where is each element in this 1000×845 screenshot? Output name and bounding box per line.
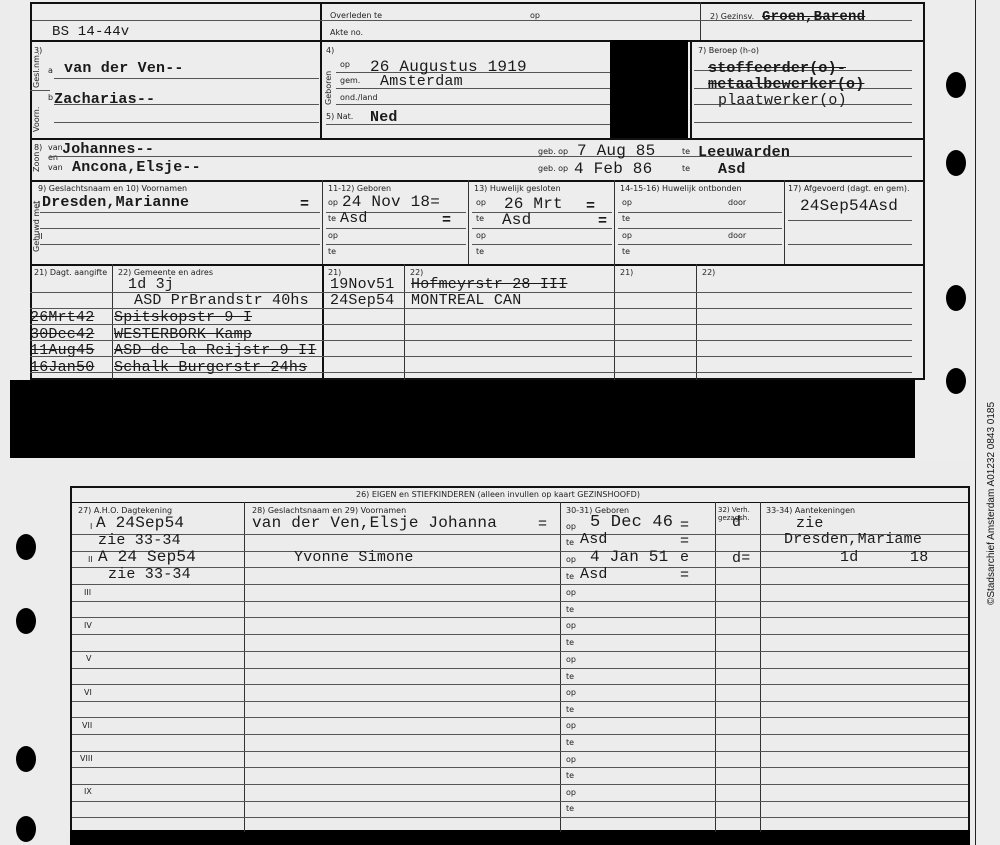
beroep-line-2: metaalbewerker(o) <box>708 76 864 93</box>
father-name: Johannes-- <box>62 141 154 158</box>
op-label: op <box>622 198 632 207</box>
punch-hole <box>946 150 966 176</box>
punch-hole <box>946 368 966 394</box>
child-name: van der Ven,Elsje Johanna <box>252 514 497 532</box>
te-label: te <box>622 214 630 223</box>
op-label: op <box>566 588 576 597</box>
child-place-eq: = <box>680 567 689 584</box>
afgevoerd-header: 17) Afgevoerd (dagt. en gem). <box>788 184 910 193</box>
birth-place-value: Amsterdam <box>380 73 463 90</box>
address-entry: Schalk Burgerstr 24hs <box>114 359 307 376</box>
op-label: op <box>566 655 576 664</box>
overleden-op-label: op <box>530 11 540 20</box>
op-label: op <box>328 231 338 240</box>
address-date: 11Aug45 <box>30 342 94 359</box>
note-line: 18 <box>910 549 928 566</box>
punch-hole <box>16 746 36 772</box>
note-line: Dresden,Mariame <box>784 531 922 548</box>
address-entry: MONTREAL CAN <box>411 292 521 309</box>
gem-label: gem. <box>340 76 360 85</box>
te-label: te <box>328 214 336 223</box>
te-label: te <box>622 247 630 256</box>
spouse-born-place: Asd <box>340 210 368 227</box>
te-label: te <box>476 247 484 256</box>
gezinsv-value: Groen,Barend <box>762 9 865 25</box>
child-born-date: 5 Dec 46 <box>590 513 673 532</box>
address-entry: Hofmeyrstr 28 III <box>411 276 567 293</box>
copyright-notice: ©Stadsarchief Amsterdam A01232 0843 0185 <box>986 402 997 605</box>
spouse-born-date: 24 Nov 18= <box>342 193 440 211</box>
child-aho-note: zie 33-34 <box>98 532 181 549</box>
child-aho-date: A 24Sep54 <box>96 514 184 532</box>
redaction-block <box>610 40 688 138</box>
note-line: zie <box>796 515 824 532</box>
child-born-place: Asd <box>580 566 608 583</box>
b-label: b <box>48 93 53 102</box>
op-label: op <box>476 231 486 240</box>
mother-name: Ancona,Elsje-- <box>72 159 201 176</box>
married-eq: = <box>586 198 595 215</box>
married-eq: = <box>598 213 607 230</box>
van-label-1: van <box>48 143 63 152</box>
te-label: te <box>566 572 574 581</box>
en-label: en <box>48 153 58 162</box>
te-label: te <box>566 538 574 547</box>
address-date: 24Sep54 <box>330 292 394 309</box>
op-label: op <box>340 60 350 69</box>
beroep-label: 7) Beroep (h-o) <box>698 46 759 55</box>
van-label-2: van <box>48 163 63 172</box>
spouse-i-label: I <box>38 200 40 209</box>
row-num-v: V <box>86 654 91 663</box>
nationality-value: Ned <box>370 109 398 126</box>
child-verh: d= <box>732 550 750 567</box>
geb-op-label-2: geb. op <box>538 164 568 173</box>
address-entry: Spitskopstr 9 I <box>114 309 252 326</box>
married-place: Asd <box>502 211 531 229</box>
op-label: op <box>566 688 576 697</box>
op-label: op <box>566 555 576 564</box>
op-label: op <box>476 198 486 207</box>
te-label: te <box>566 771 574 780</box>
mother-place: Asd <box>718 161 746 178</box>
notes-header: 33-34) Aantekeningen <box>766 506 855 515</box>
punch-hole <box>946 72 966 98</box>
akte-label: Akte no. <box>330 28 363 37</box>
addr-header-3: 22) <box>702 268 715 277</box>
op-label: op <box>566 721 576 730</box>
child-aho-date: A 24 Sep54 <box>98 548 196 566</box>
address-entry: 1d 3j <box>128 276 174 293</box>
note-line: 1d <box>840 549 858 566</box>
father-born: 7 Aug 85 <box>577 142 655 160</box>
door-label: door <box>728 198 746 207</box>
address-entry: ASD de la Reijstr 9 II <box>114 342 316 359</box>
op-label: op <box>566 755 576 764</box>
card-reference: BS 14-44v <box>52 24 129 40</box>
geb-op-label-1: geb. op <box>538 147 568 156</box>
voorn-label: Voorn. <box>32 107 41 132</box>
te-label: te <box>328 247 336 256</box>
father-place: Leeuwarden <box>698 144 790 161</box>
child-aho-note: zie 33-34 <box>108 566 191 583</box>
beroep-line-3: plaatwerker(o) <box>718 92 847 109</box>
afgevoerd-value: 24Sep54Asd <box>800 197 898 215</box>
surname-value: van der Ven-- <box>64 60 184 77</box>
top-card: BS 14-44v Overleden te op Akte no. 2) Ge… <box>10 0 975 460</box>
child-place-eq: = <box>680 533 689 550</box>
married-header: 13) Huwelijk gesloten <box>474 184 561 193</box>
child-born-eq: = <box>680 517 689 534</box>
te-label-1: te <box>682 147 690 156</box>
child-verh: d <box>732 514 741 531</box>
punch-hole <box>16 816 36 842</box>
address-date: 30Dec42 <box>30 326 94 343</box>
child-name-eq: = <box>538 516 547 533</box>
a-label: a <box>48 66 53 75</box>
geboren-label: Geboren <box>324 71 333 105</box>
te-label: te <box>566 705 574 714</box>
row-num-iv: IV <box>84 621 92 630</box>
nat-label: 5) Nat. <box>326 112 353 121</box>
address-entry: ASD PrBrandstr 40hs <box>134 292 309 309</box>
address-entry: WESTERBORK Kamp <box>114 326 252 343</box>
row-num-ix: IX <box>84 787 92 796</box>
overleden-te-label: Overleden te <box>330 11 382 20</box>
op-label: op <box>566 621 576 630</box>
spouse-eq: = <box>300 196 309 213</box>
child-born-date: 4 Jan 51 <box>590 548 668 566</box>
address-date: 26Mrt42 <box>30 309 94 326</box>
beroep-line-1: stoffeerder(o)- <box>708 60 846 77</box>
child-born-place: Asd <box>580 531 608 548</box>
te-label: te <box>566 738 574 747</box>
spouse-born-header: 11-12) Geboren <box>328 184 391 193</box>
punch-hole <box>16 534 36 560</box>
row-num-viii: VIII <box>80 754 93 763</box>
row-num-ii: II <box>88 555 93 564</box>
op-label: op <box>328 198 338 207</box>
address-date: 16Jan50 <box>30 359 94 376</box>
te-label: te <box>476 214 484 223</box>
gezinsv-label: 2) Gezinsv. <box>710 12 754 21</box>
te-label: te <box>566 638 574 647</box>
given-name-value: Zacharias-- <box>54 91 155 108</box>
row-num-vi: VI <box>84 688 92 697</box>
spouse-name: Dresden,Marianne <box>42 194 189 211</box>
te-label: te <box>566 605 574 614</box>
spouse-place-eq: = <box>442 212 451 229</box>
dissolved-header: 14-15-16) Huwelijk ontbonden <box>620 184 742 193</box>
spouse-name-header: 9) Geslachtsnaam en 10) Voornamen <box>38 184 187 193</box>
field-4-label: 4) <box>326 46 334 55</box>
row-num-vii: VII <box>82 721 92 730</box>
zoon-label: Zoon <box>32 152 41 172</box>
gesl-nm-label: Gesl.nm. <box>32 53 41 88</box>
children-title: 26) EIGEN en STIEFKINDEREN (alleen invul… <box>356 490 640 499</box>
op-label: op <box>622 231 632 240</box>
punch-hole <box>16 608 36 634</box>
ond-land-label: ond./land <box>340 93 378 102</box>
child-name: Yvonne Simone <box>294 549 414 566</box>
mother-born: 4 Feb 86 <box>574 160 652 178</box>
te-label-2: te <box>682 164 690 173</box>
addr-date-header-3: 21) <box>620 268 633 277</box>
te-label: te <box>566 804 574 813</box>
row-num-i: I <box>90 522 92 531</box>
field-8-label: 8) <box>34 143 42 152</box>
row-num-iii: III <box>84 588 91 597</box>
addr-date-header: 21) Dagt. aangifte <box>34 268 107 277</box>
te-label: te <box>566 672 574 681</box>
punch-hole <box>946 285 966 311</box>
op-label: op <box>566 788 576 797</box>
bottom-card: 26) EIGEN en STIEFKINDEREN (alleen invul… <box>0 462 975 845</box>
spouse-ii-label: II <box>38 232 43 241</box>
op-label: op <box>566 522 576 531</box>
child-born-eq: e <box>680 549 689 566</box>
redaction-bar <box>10 380 915 458</box>
door-label: door <box>728 231 746 240</box>
address-date: 19Nov51 <box>330 276 394 293</box>
